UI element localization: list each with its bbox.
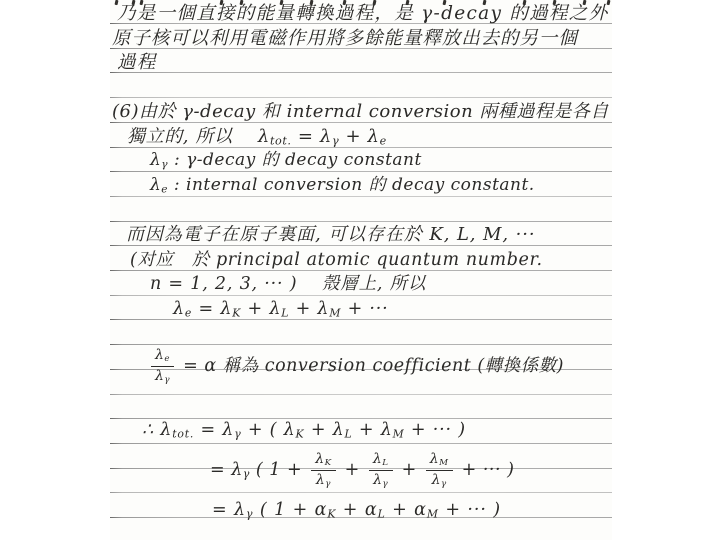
fraction: λMλγ	[426, 452, 453, 489]
ruled-line	[110, 72, 612, 73]
handwritten-line: (对应 於 principal atomic quantum number.	[130, 250, 543, 270]
handwritten-line: λeλγ = α 稱為 conversion coefficient (轉換係數…	[148, 348, 564, 385]
slide-canvas: 乃是一個直接的能量轉換過程，是 γ-decay 的過程之外原子核可以利用電磁作用…	[0, 0, 720, 540]
handwritten-line: 原子核可以利用電磁作用將多餘能量釋放出去的另一個	[112, 28, 578, 49]
ruled-line	[110, 492, 612, 493]
ruled-line	[110, 295, 612, 296]
handwritten-line: = λγ ( 1 + αK + αL + αM + ··· )	[212, 500, 501, 521]
handwritten-line: λe = λK + λL + λM + ···	[173, 299, 389, 320]
handwritten-line: n = 1, 2, 3, ··· ) 殼層上, 所以	[150, 274, 426, 294]
ruled-line	[110, 270, 612, 271]
ruled-line	[110, 443, 612, 444]
notebook-page: 乃是一個直接的能量轉換過程，是 γ-decay 的過程之外原子核可以利用電磁作用…	[110, 0, 612, 540]
ruled-line	[110, 97, 612, 98]
handwritten-line: 乃是一個直接的能量轉換過程，是 γ-decay 的過程之外	[117, 3, 608, 24]
handwritten-line: ∴ λtot. = λγ + ( λK + λL + λM + ··· )	[142, 420, 466, 441]
ruled-line	[110, 196, 612, 197]
handwritten-line: = λγ ( 1 + λKλγ + λLλγ + λMλγ + ··· )	[210, 452, 514, 489]
handwritten-line: λe : internal conversion 的 decay constan…	[150, 176, 535, 196]
fraction: λKλγ	[311, 452, 335, 489]
handwritten-line: 過程	[117, 52, 157, 73]
ruled-line	[110, 171, 612, 172]
handwritten-line: λγ : γ-decay 的 decay constant	[150, 151, 422, 171]
handwritten-line: (6)由於 γ-decay 和 internal conversion 兩種過程…	[112, 102, 609, 123]
fraction: λeλγ	[151, 348, 174, 385]
fraction: λLλγ	[369, 452, 393, 489]
ruled-line	[110, 221, 612, 222]
handwritten-line: 而因為電子在原子裏面, 可以存在於 K, L, M, ···	[126, 225, 536, 246]
ruled-line	[110, 394, 612, 395]
handwritten-line: 獨立的, 所以 λtot. = λγ + λe	[127, 127, 387, 149]
ruled-line	[110, 344, 612, 345]
